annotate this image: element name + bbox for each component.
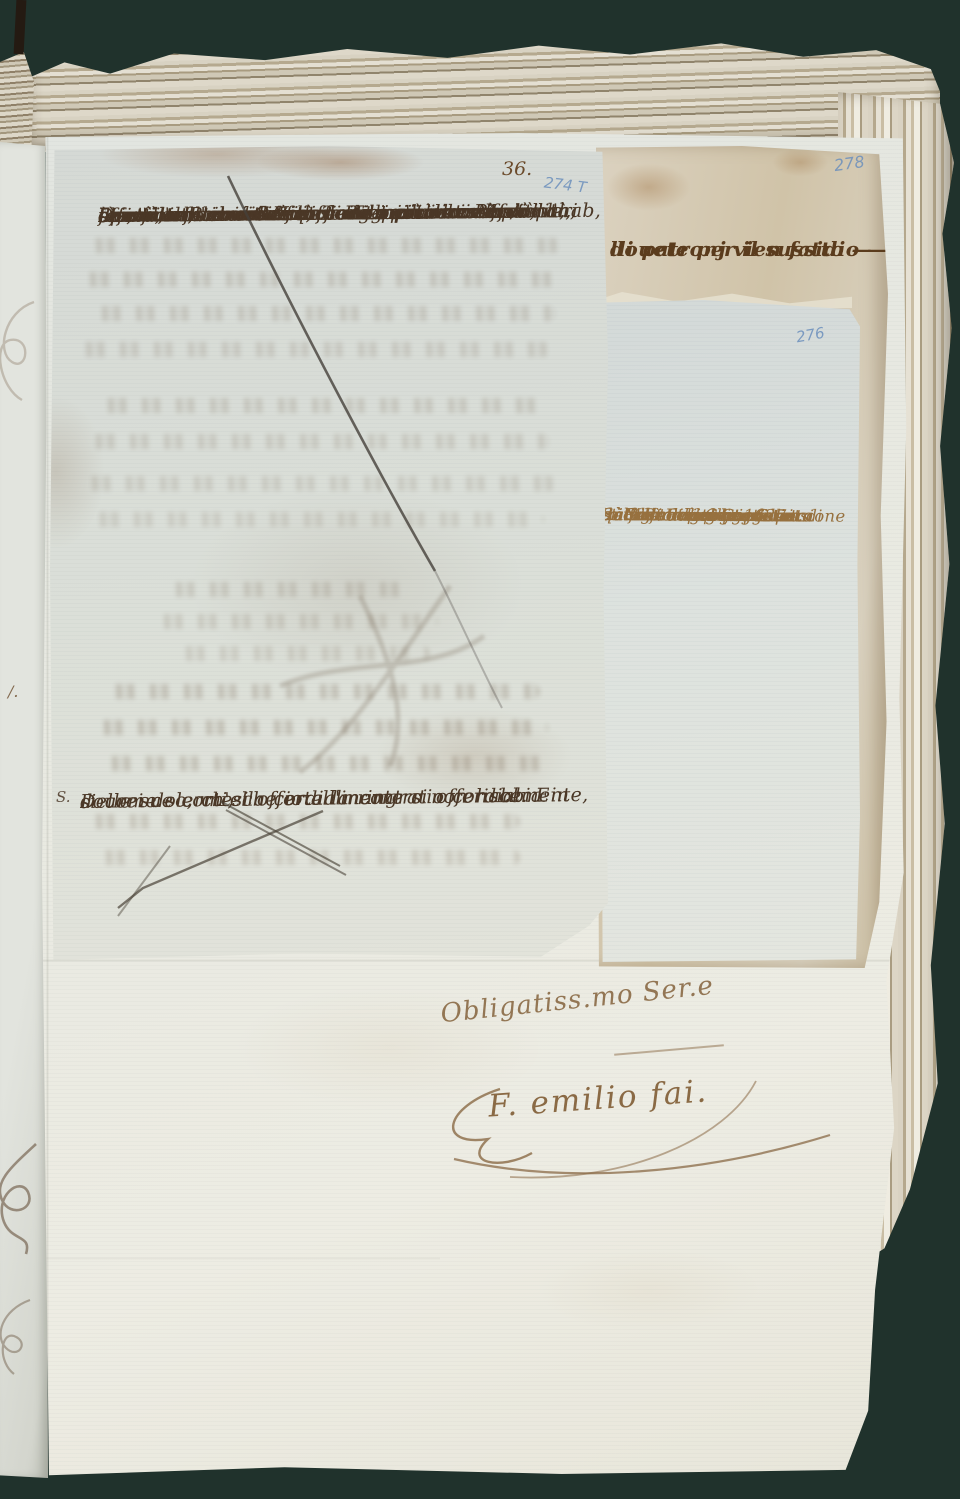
margin-mark: /. (8, 682, 18, 701)
handwritten-line: douete per il sussidio — (610, 232, 887, 266)
closing-salutation: Obligatiss.mo Ser.e (439, 971, 715, 1030)
foliation-276: 276 (795, 324, 826, 347)
left-leaf-strip: /. (0, 142, 48, 1478)
binding-cord (14, 0, 27, 54)
margin-flourish-icon (0, 292, 40, 432)
handwritten-line: quia li. 8. luglio 1627. (602, 500, 792, 531)
margin-flourish-icon (0, 1138, 44, 1288)
margin-flourish-icon (0, 1292, 34, 1382)
foliation-278: 278 (833, 152, 866, 175)
cancellation-strokes-icon (50, 146, 608, 960)
letter-leaf: 36. 274 T Dou'è amore non è difficile tr… (50, 146, 608, 960)
right-leaf-over: 276 to Cont.o per la pretensioneda figli… (600, 300, 860, 962)
archive-photo: /. Obligatiss.mo Ser.e F. emilio fai. 27… (0, 0, 960, 1499)
book-block-top-edge-left (0, 52, 34, 152)
fold-crease (42, 1257, 440, 1260)
